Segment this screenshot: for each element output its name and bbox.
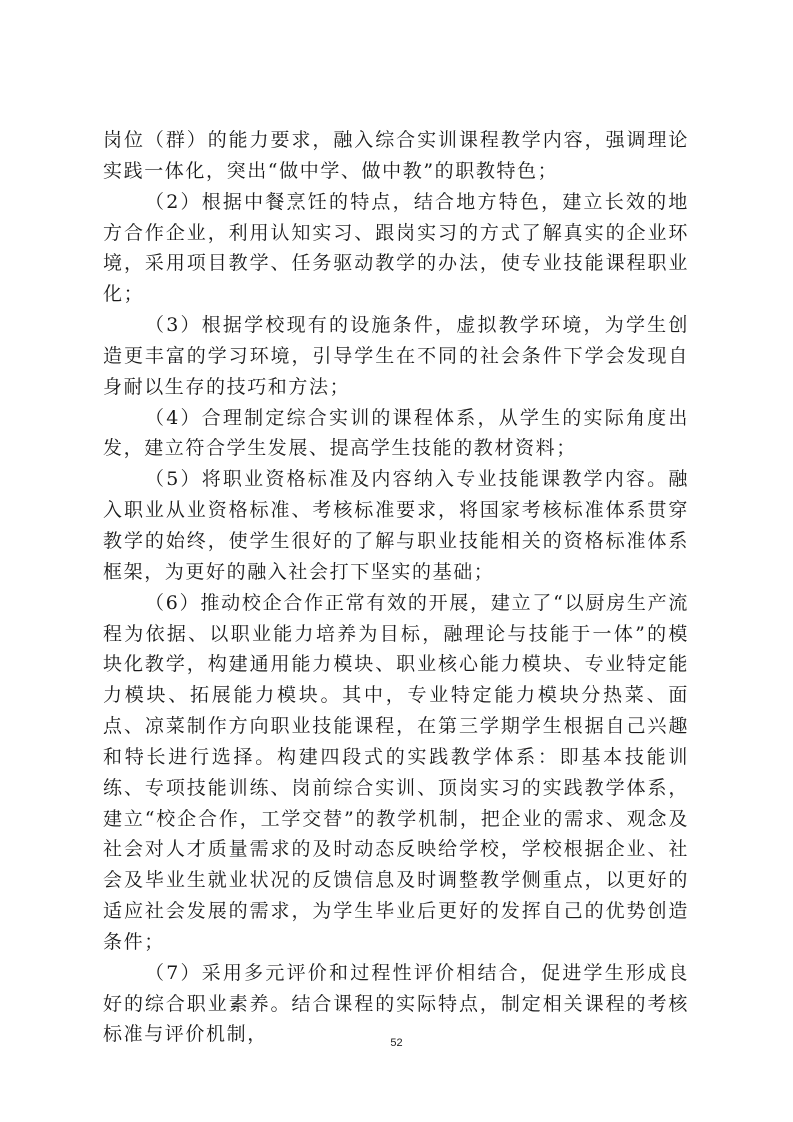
paragraph-item-6: （6）推动校企合作正常有效的开展，建立了“以厨房生产流程为依据、以职业能力培养为…: [103, 588, 689, 958]
paragraph-continuation: 岗位（群）的能力要求，融入综合实训课程教学内容，强调理论实践一体化，突出“做中学…: [103, 125, 689, 187]
document-page: 岗位（群）的能力要求，融入综合实训课程教学内容，强调理论实践一体化，突出“做中学…: [0, 0, 793, 1122]
paragraph-item-5: （5）将职业资格标准及内容纳入专业技能课教学内容。融入职业从业资格标准、考核标准…: [103, 464, 689, 587]
page-number: 52: [0, 1037, 793, 1049]
body-text: 岗位（群）的能力要求，融入综合实训课程教学内容，强调理论实践一体化，突出“做中学…: [103, 125, 689, 1050]
paragraph-item-3: （3）根据学校现有的设施条件，虚拟教学环境，为学生创造更丰富的学习环境，引导学生…: [103, 310, 689, 403]
paragraph-item-4: （4）合理制定综合实训的课程体系，从学生的实际角度出发，建立符合学生发展、提高学…: [103, 403, 689, 465]
paragraph-item-2: （2）根据中餐烹饪的特点，结合地方特色，建立长效的地方合作企业，利用认知实习、跟…: [103, 187, 689, 310]
